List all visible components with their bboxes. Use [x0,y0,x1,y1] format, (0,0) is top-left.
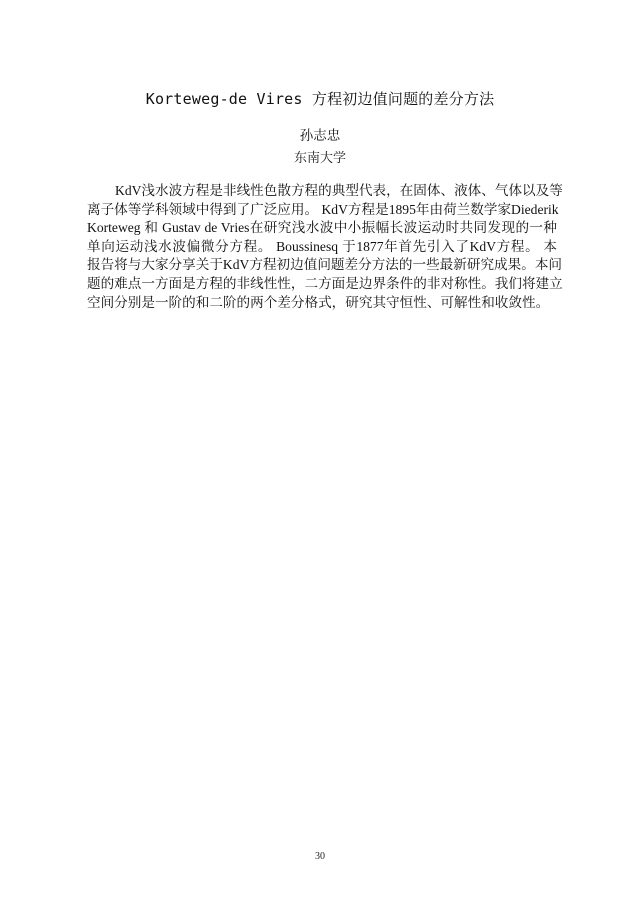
abstract-line: Korteweg 和 Gustav de Vries在研究浅水波中小振幅长波运动… [87,219,557,238]
abstract-paragraph: KdV浅水波方程是非线性色散方程的典型代表，在固体、液体、气体以及等 离子体等学… [87,182,557,312]
abstract-line: 单向运动浅水波偏微分方程。 Boussinesq 于1877年首先引入了KdV方… [87,238,557,257]
abstract-line: 报告将与大家分享关于KdV方程初边值问题差分方法的一些最新研究成果。本问 [87,256,557,275]
abstract-line: 空间分别是一阶的和二阶的两个差分格式，研究其守恒性、可解性和收敛性。 [87,294,557,313]
author-affiliation: 东南大学 [0,147,640,166]
abstract-line: 离子体等学科领域中得到了广泛应用。 KdV方程是1895年由荷兰数学家Diede… [87,201,557,220]
author-name: 孙志忠 [0,124,640,144]
paper-title: Korteweg-de Vires 方程初边值问题的差分方法 [0,88,640,109]
abstract-line: 题的难点一方面是方程的非线性性，二方面是边界条件的非对称性。我们将建立 [87,275,557,294]
document-page: Korteweg-de Vires 方程初边值问题的差分方法 孙志忠 东南大学 … [0,0,640,905]
page-number: 30 [0,851,640,862]
abstract-line: KdV浅水波方程是非线性色散方程的典型代表，在固体、液体、气体以及等 [87,182,557,201]
